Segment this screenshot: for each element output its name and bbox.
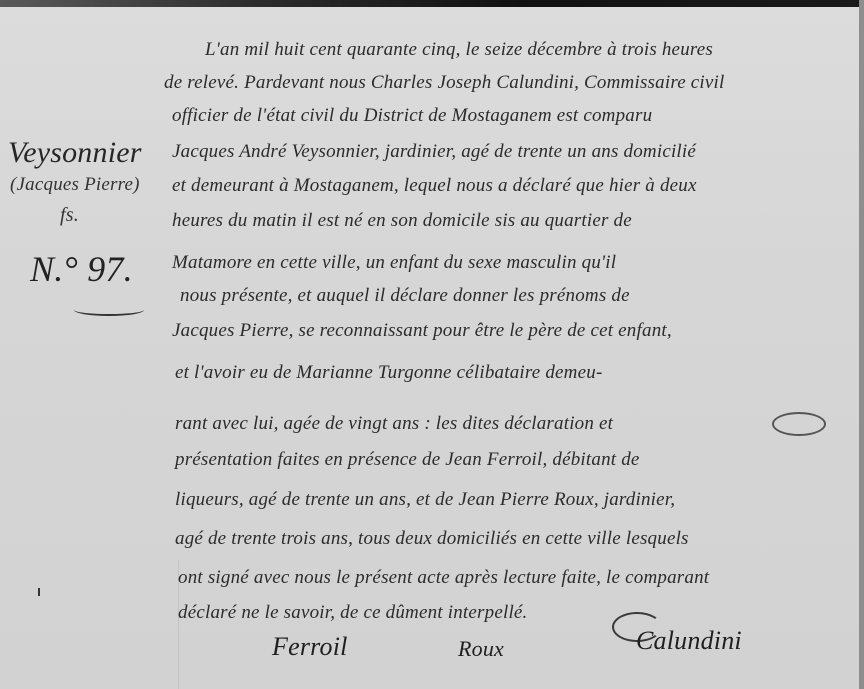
scan-top-edge	[0, 0, 864, 7]
body-line-4: Jacques André Veysonnier, jardinier, agé…	[172, 140, 696, 164]
entry-number: N.° 97.	[30, 248, 133, 290]
body-line-3: officier de l'état civil du District de …	[172, 104, 652, 128]
body-line-13: liqueurs, agé de trente un ans, et de Je…	[175, 488, 675, 512]
signature-roux: Roux	[458, 636, 504, 662]
margin-filiation: fs.	[60, 204, 79, 227]
body-line-12: présentation faites en présence de Jean …	[175, 448, 640, 472]
margin-surname: Veysonnier	[8, 136, 142, 170]
body-line-2: de relevé. Pardevant nous Charles Joseph…	[164, 71, 725, 95]
body-line-10: et l'avoir eu de Marianne Turgonne célib…	[175, 361, 602, 385]
body-line-8: nous présente, et auquel il déclare donn…	[180, 284, 630, 308]
signature-ferroil: Ferroil	[272, 632, 348, 662]
body-line-14: agé de trente trois ans, tous deux domic…	[175, 527, 689, 551]
body-line-16: déclaré ne le savoir, de ce dûment inter…	[178, 601, 528, 625]
body-line-11: rant avec lui, agée de vingt ans : les d…	[175, 412, 613, 436]
body-line-7: Matamore en cette ville, un enfant du se…	[172, 251, 616, 275]
entry-number-underline	[74, 304, 144, 316]
margin-tick-mark	[38, 588, 40, 596]
body-line-6: heures du matin il est né en son domicil…	[172, 209, 632, 233]
scanned-register-page: Veysonnier (Jacques Pierre) fs. N.° 97. …	[0, 0, 864, 689]
body-line-15: ont signé avec nous le présent acte aprè…	[178, 566, 709, 590]
body-line-1: L'an mil huit cent quarante cinq, le sei…	[205, 38, 713, 62]
signature-calundini: Calundini	[636, 626, 742, 656]
body-line-9: Jacques Pierre, se reconnaissant pour êt…	[172, 319, 672, 343]
body-line-5: et demeurant à Mostaganem, lequel nous a…	[172, 174, 697, 198]
margin-given-names: (Jacques Pierre)	[10, 174, 140, 196]
line-end-flourish	[772, 412, 826, 436]
scan-right-edge	[859, 0, 864, 689]
